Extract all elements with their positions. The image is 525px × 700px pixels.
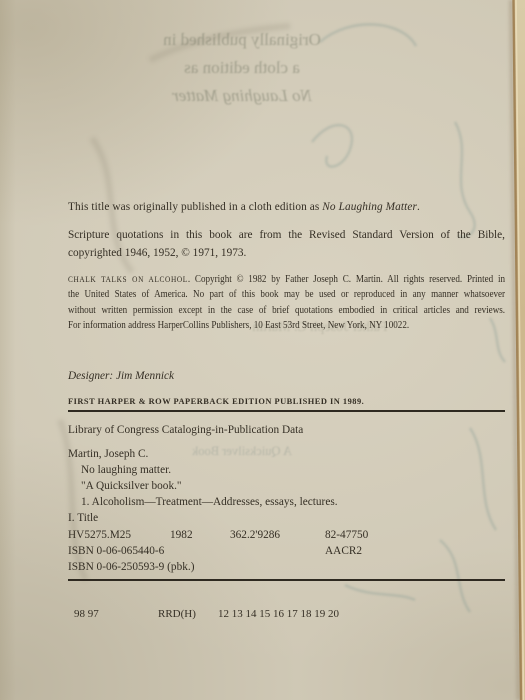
lccn-number: 82-47750: [325, 527, 368, 543]
copyright-line: the United States of America. No part of…: [68, 287, 505, 302]
showthrough-cloth-notice: Originally published in a cloth edition …: [96, 26, 388, 110]
cip-classification-row: HV5275.M25 1982 362.2'9286 82-47750: [68, 527, 505, 543]
showthrough-line: No Laughing Matter: [96, 82, 388, 110]
divider-rule-bottom: [68, 579, 505, 581]
lc-heading: Library of Congress Cataloging-in-Public…: [68, 424, 505, 436]
showthrough-line: Originally published in: [96, 26, 388, 54]
cip-subject: 1. Alcoholism—Treatment—Addresses, essay…: [68, 494, 505, 510]
catalog-year: 1982: [170, 527, 193, 543]
scripture-line: copyrighted 1946, 1952, © 1971, 1973.: [68, 245, 505, 263]
showthrough-line: a cloth edition as: [96, 54, 388, 82]
scripture-line: Scripture quotations in this book are fr…: [68, 227, 505, 245]
print-years: 98 97: [74, 608, 99, 620]
book-title-smallcaps: CHALK TALKS ON ALCOHOL: [68, 275, 188, 284]
printing-history-line: 98 97 RRD(H) 12 13 14 15 16 17 18 19 20: [68, 608, 505, 624]
cloth-edition-prefix: This title was originally published in a…: [68, 201, 322, 213]
designer-credit: Designer: Jim Mennick: [68, 370, 505, 382]
aacr-code: AACR2: [325, 543, 362, 559]
call-number: HV5275.M25: [68, 527, 131, 543]
edition-notice: FIRST HARPER & ROW PAPERBACK EDITION PUB…: [68, 397, 505, 406]
cip-author: Martin, Joseph C.: [68, 446, 505, 462]
isbn-paperback: ISBN 0-06-250593-9 (pbk.): [68, 559, 505, 575]
copyright-line: . Copyright © 1982 by Father Joseph C. M…: [188, 274, 505, 285]
cip-title: No laughing matter.: [68, 462, 505, 478]
text-block: This title was originally published in a…: [68, 199, 505, 624]
cip-title-entry: I. Title: [68, 510, 505, 526]
dewey-number: 362.2'9286: [230, 527, 280, 543]
impression-numbers: 12 13 14 15 16 17 18 19 20: [218, 608, 339, 620]
cataloging-data: Martin, Joseph C. No laughing matter. "A…: [68, 446, 505, 576]
divider-rule-top: [68, 410, 505, 412]
cip-series-note: "A Quicksilver book.": [68, 478, 505, 494]
cloth-edition-notice: This title was originally published in a…: [68, 199, 505, 216]
copyright-line: For information address HarperCollins Pu…: [68, 318, 505, 333]
copyright-notice: CHALK TALKS ON ALCOHOL. Copyright © 1982…: [68, 272, 505, 334]
printer-code: RRD(H): [158, 608, 196, 620]
cip-isbn-row: ISBN 0-06-065440-6 AACR2: [68, 543, 505, 559]
cloth-edition-suffix: .: [417, 201, 420, 213]
scripture-notice: Scripture quotations in this book are fr…: [68, 227, 505, 262]
book-copyright-page: Originally published in a cloth edition …: [0, 0, 525, 700]
cloth-edition-title: No Laughing Matter: [322, 201, 417, 213]
copyright-line: without written permission except in the…: [68, 303, 505, 318]
isbn-cloth: ISBN 0-06-065440-6: [68, 543, 164, 559]
